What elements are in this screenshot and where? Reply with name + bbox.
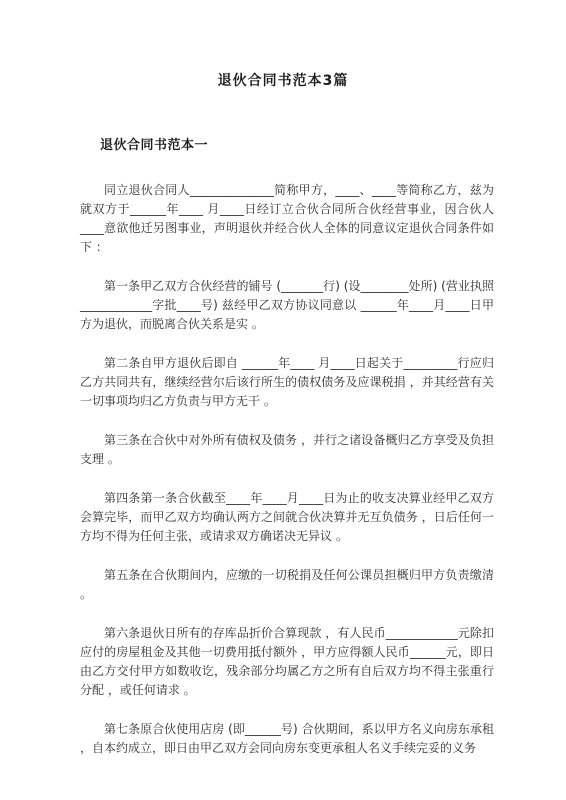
paragraph-article-5: 第五条在合伙期间内，应缴的一切税捐及任何公课员担概归甲方负责缴清 。	[80, 566, 494, 604]
paragraph-article-3: 第三条在合伙中对外所有债权及债务 ，并行之诸设备概归乙方享受及负担支理 。	[80, 431, 494, 469]
paragraph-article-1: 第一条甲乙双方合伙经营的铺号 (_______行) (设________处所) …	[80, 277, 494, 334]
paragraph-article-6: 第六条退伙日所有的存库品折价合算现款 ，有人民币____________元除扣应…	[80, 624, 494, 700]
paragraph-article-4: 第四条第一条合伙截至____年____月____日为止的收支决算业经甲乙双方会算…	[80, 489, 494, 546]
document-body: 同立退伙合同人______________简称甲方，____、____等简称乙方…	[80, 181, 494, 758]
paragraph-intro: 同立退伙合同人______________简称甲方，____、____等简称乙方…	[80, 181, 494, 257]
paragraph-article-2: 第二条自甲方退伙后即自 ______年____ 月____日起关于_______…	[80, 354, 494, 411]
section-heading: 退伙合同书范本一	[100, 134, 566, 153]
paragraph-article-7: 第七条原合伙使用店房 (即______号) 合伙期间，系以甲方名义向房东承租 ，…	[80, 720, 494, 758]
document-title: 退伙合同书范本3篇	[0, 0, 566, 90]
document-page: 退伙合同书范本3篇 退伙合同书范本一 同立退伙合同人______________…	[0, 0, 566, 800]
